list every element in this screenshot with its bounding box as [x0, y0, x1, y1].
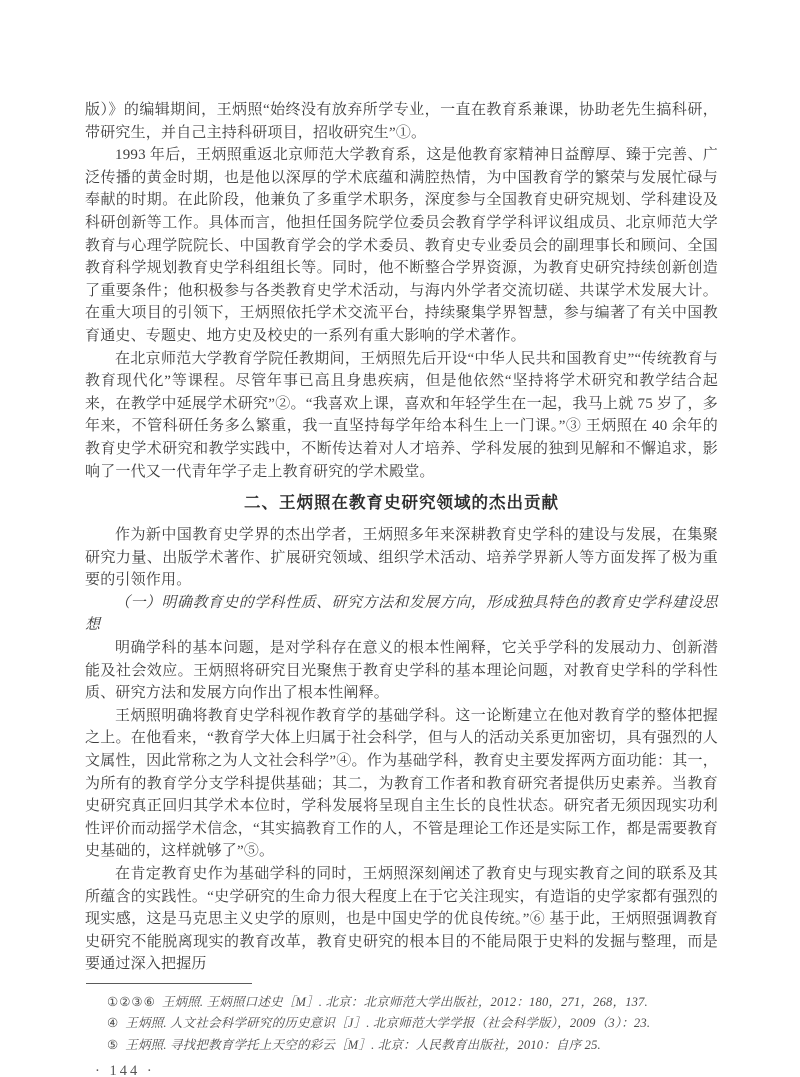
paragraph-history-and-practice: 在肯定教育史作为基础学科的同时，王炳照深刻阐述了教育史与现实教育之间的联系及其所… [85, 863, 718, 976]
footnote-2: ④王炳照. 人文社会科学研究的历史意识［J］. 北京师范大学学报（社会科学版），… [107, 1013, 718, 1035]
footnote-2-text: 王炳照. 人文社会科学研究的历史意识［J］. 北京师范大学学报（社会科学版），2… [125, 1016, 650, 1030]
paragraph-foundational-discipline: 王炳照明确将教育史学科视作教育学的基础学科。这一论断建立在他对教育学的整体把握之… [85, 705, 718, 863]
subsection-heading-discipline: （一）明确教育史的学科性质、研究方法和发展方向，形成独具特色的教育史学科建设思想 [85, 592, 718, 637]
body-text: 版）》的编辑期间，王炳照“始终没有放弃所学专业，一直在教育系兼课，协助老先生搞科… [85, 99, 718, 976]
footnote-1: ①②③⑥王炳照. 王炳照口述史［M］. 北京：北京师范大学出版社，2012：18… [107, 992, 718, 1014]
footnote-3-text: 王炳照. 寻找把教育学托上天空的彩云［M］. 北京：人民教育出版社，2010：自… [125, 1038, 601, 1052]
footnote-area: ①②③⑥王炳照. 王炳照口述史［M］. 北京：北京师范大学出版社，2012：18… [85, 983, 718, 1057]
paragraph-editorial-period: 版）》的编辑期间，王炳照“始终没有放弃所学专业，一直在教育系兼课，协助老先生搞科… [85, 99, 718, 144]
paragraph-teaching-courses: 在北京师范大学教育学院任教期间，王炳照先后开设“中华人民共和国教育史”“传统教育… [85, 348, 718, 484]
document-page: 版）》的编辑期间，王炳照“始终没有放弃所学专业，一直在教育系兼课，协助老先生搞科… [0, 0, 800, 1077]
footnote-1-text: 王炳照. 王炳照口述史［M］. 北京：北京师范大学出版社，2012：180，27… [162, 995, 648, 1009]
footnote-3-marker: ⑤ [107, 1038, 119, 1052]
footnote-1-marker: ①②③⑥ [107, 995, 156, 1009]
footnote-3: ⑤王炳照. 寻找把教育学托上天空的彩云［M］. 北京：人民教育出版社，2010：… [107, 1035, 718, 1057]
paragraph-1993-return: 1993 年后，王炳照重返北京师范大学教育系，这是他教育家精神日益醇厚、臻于完善… [85, 144, 718, 347]
footnote-2-marker: ④ [107, 1016, 119, 1030]
paragraph-discipline-basic-questions: 明确学科的基本问题，是对学科存在意义的根本性阐释，它关乎学科的发展动力、创新潜能… [85, 637, 718, 705]
footnote-list: ①②③⑥王炳照. 王炳照口述史［M］. 北京：北京师范大学出版社，2012：18… [85, 992, 718, 1057]
footnote-separator [86, 983, 252, 984]
section-heading-contributions: 二、王炳照在教育史研究领域的杰出贡献 [85, 492, 718, 515]
page-number: · 144 · [85, 1063, 718, 1077]
paragraph-contributions-overview: 作为新中国教育史学界的杰出学者，王炳照多年来深耕教育史学科的建设与发展，在集聚研… [85, 524, 718, 592]
